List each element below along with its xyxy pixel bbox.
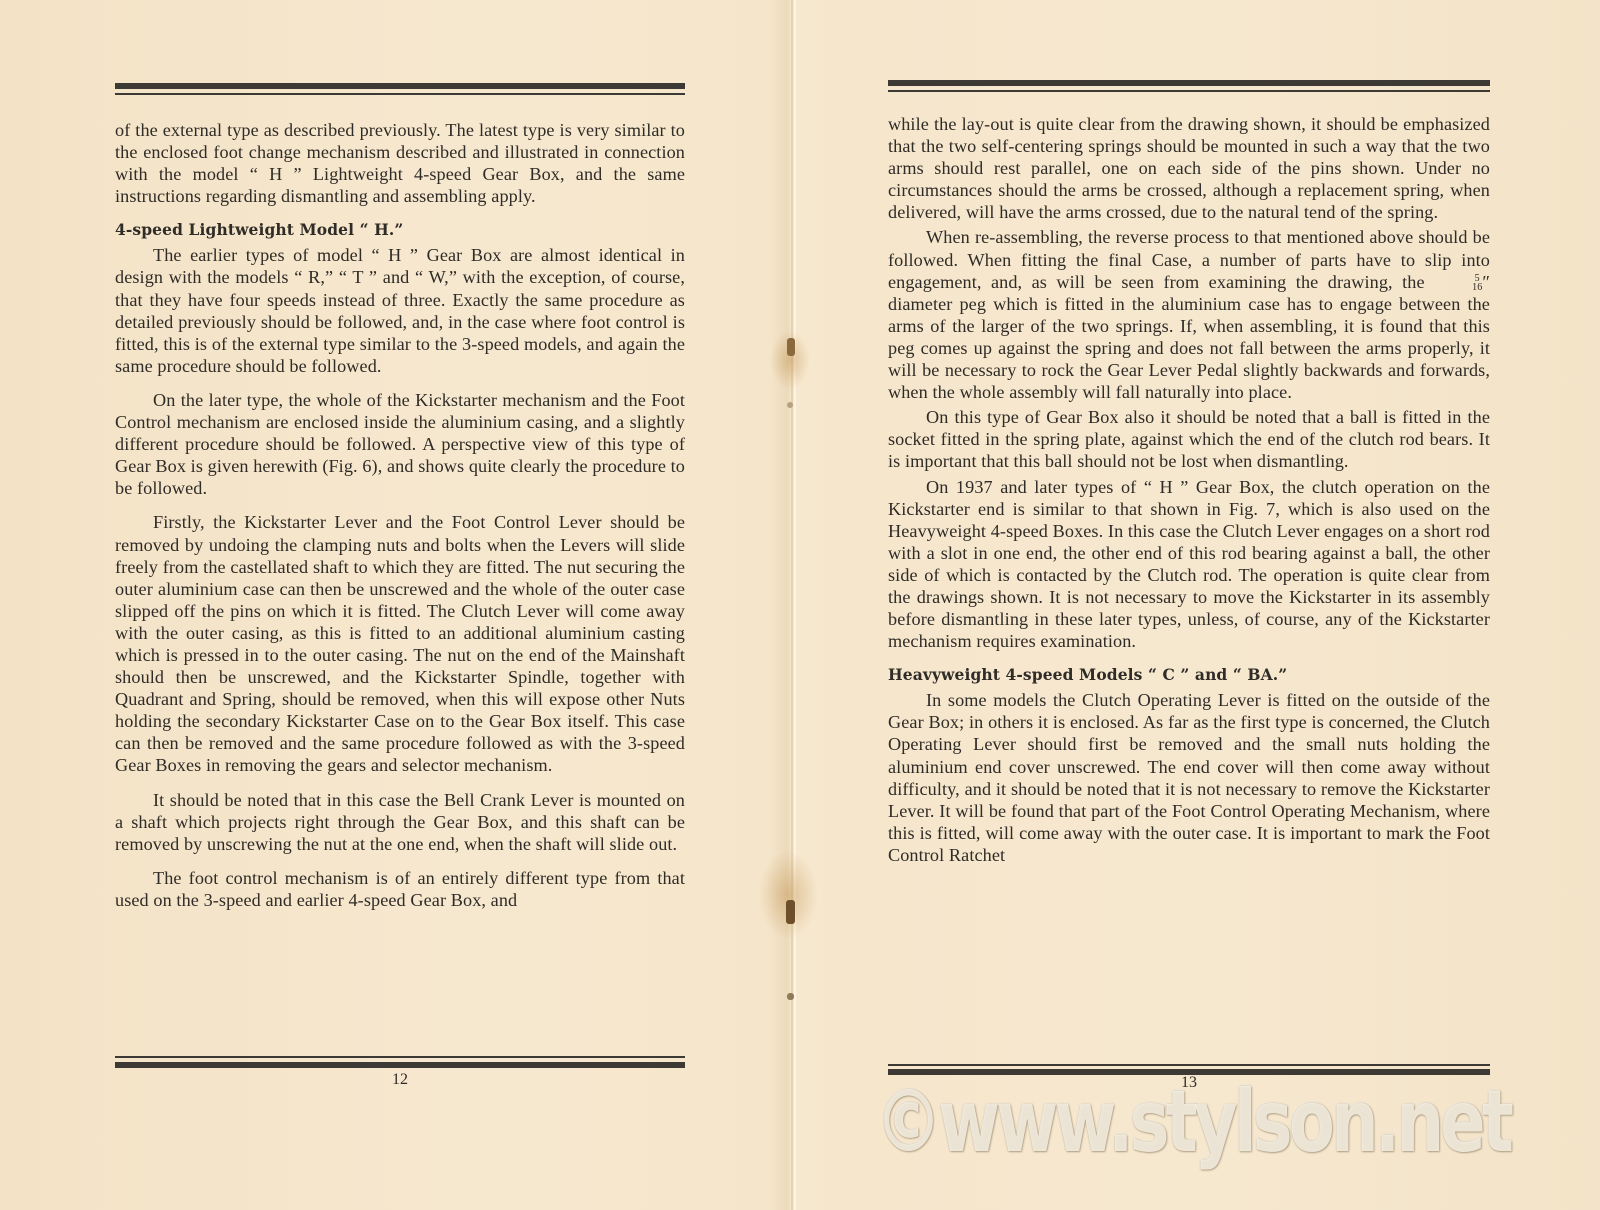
header-rule-thin xyxy=(888,90,1490,92)
header-rule-thick xyxy=(888,80,1490,86)
paragraph: The foot control mechanism is of an enti… xyxy=(115,867,685,911)
paragraph: Firstly, the Kickstarter Lever and the F… xyxy=(115,511,685,776)
paragraph: of the external type as described previo… xyxy=(115,119,685,207)
paragraph: while the lay-out is quite clear from th… xyxy=(888,113,1490,223)
paragraph: On the later type, the whole of the Kick… xyxy=(115,389,685,499)
header-rule-thin xyxy=(115,93,685,95)
header-rule-thick xyxy=(115,83,685,89)
paragraph: In some models the Clutch Operating Leve… xyxy=(888,689,1490,866)
binding-hole xyxy=(787,402,793,408)
spine-fold xyxy=(791,0,793,1210)
paragraph: The earlier types of model “ H ” Gear Bo… xyxy=(115,244,685,377)
staple-bottom xyxy=(786,900,795,924)
page-number: 12 xyxy=(115,1071,685,1089)
paragraph-text: diameter peg which is fitted in the alum… xyxy=(888,294,1490,402)
paragraph: When re-assembling, the reverse process … xyxy=(888,226,1490,403)
inch-mark: ″ xyxy=(1482,272,1490,292)
paragraph: It should be noted that in this case the… xyxy=(115,789,685,855)
rust-stain xyxy=(758,850,818,940)
paragraph: On 1937 and later types of “ H ” Gear Bo… xyxy=(888,476,1490,653)
fraction-denominator: 16 xyxy=(1434,283,1482,292)
binding-hole xyxy=(787,993,794,1000)
section-heading: 4-speed Lightweight Model “ H.” xyxy=(115,219,685,241)
fraction: 516 xyxy=(1434,274,1482,292)
paragraph: On this type of Gear Box also it should … xyxy=(888,406,1490,472)
footer-rule-thin xyxy=(888,1064,1490,1066)
footer-rule-thin xyxy=(115,1056,685,1058)
copyright-watermark: ©www.stylson.net xyxy=(875,1072,1510,1172)
left-page-body: of the external type as described previo… xyxy=(115,119,685,911)
section-heading: Heavyweight 4-speed Models “ C ” and “ B… xyxy=(888,664,1490,686)
staple-top xyxy=(787,338,795,356)
footer-rule-thick xyxy=(115,1062,685,1068)
right-page-body: while the lay-out is quite clear from th… xyxy=(888,113,1490,866)
spine-highlight xyxy=(794,0,796,1210)
paragraph-text: When re-assembling, the reverse process … xyxy=(888,227,1490,291)
